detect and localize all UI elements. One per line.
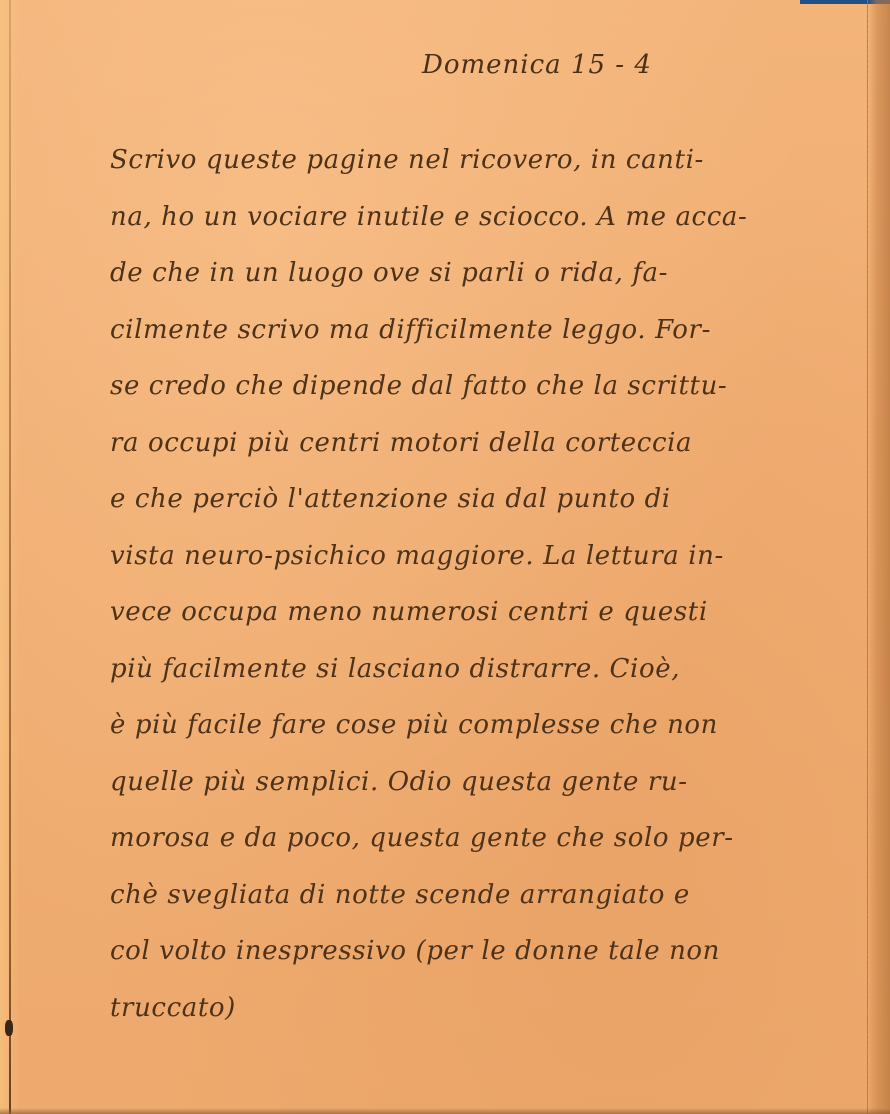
text-line: vista neuro-psichico maggiore. La lettur… [110,528,880,585]
text-line: de che in un luogo ove si parli o rida, … [110,245,880,302]
page-bottom-edge [0,1108,890,1114]
text-line: e che perciò l'attenzione sia dal punto … [110,471,880,528]
text-line: vece occupa meno numerosi centri e quest… [110,584,880,641]
binding-stitch [5,1020,13,1036]
text-line: ra occupi più centri motori della cortec… [110,415,880,472]
text-line: più facilmente si lasciano distrarre. Ci… [110,641,880,698]
journal-page: Domenica 15 - 4 Scrivo queste pagine nel… [0,0,890,1114]
text-line: chè svegliata di notte scende arrangiato… [110,867,880,924]
text-line: na, ho un vociare inutile e sciocco. A m… [110,189,880,246]
text-line: Scrivo queste pagine nel ricovero, in ca… [110,132,880,189]
text-line: quelle più semplici. Odio questa gente r… [110,754,880,811]
text-line: truccato) [110,980,880,1037]
text-line: è più facile fare cose più complesse che… [110,697,880,754]
text-line: cilmente scrivo ma difficilmente leggo. … [110,302,880,359]
date-heading: Domenica 15 - 4 [422,50,652,80]
binding-rule [9,0,11,1114]
handwritten-body: Scrivo queste pagine nel ricovero, in ca… [110,132,880,1036]
text-line: morosa e da poco, questa gente che solo … [110,810,880,867]
text-line: col volto inespressivo (per le donne tal… [110,923,880,980]
text-line: se credo che dipende dal fatto che la sc… [110,358,880,415]
